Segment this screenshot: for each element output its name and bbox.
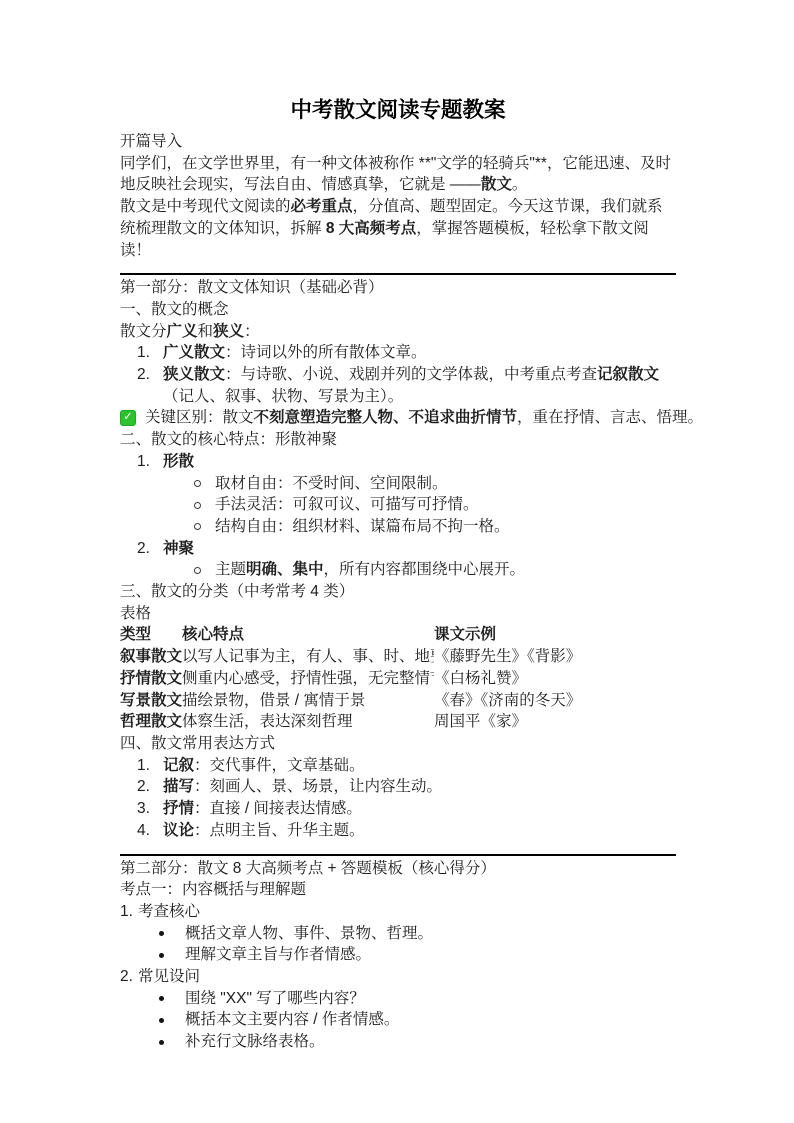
text-run: 和 <box>198 323 214 340</box>
bullet-icon <box>159 953 164 958</box>
text-run: ：刻画人、景、场景，让内容生动。 <box>194 778 442 795</box>
text-run-bold: 议论 <box>163 822 194 839</box>
text-run-bold: 神聚 <box>163 540 194 557</box>
table-row: 抒情散文 侧重内心感受，抒情性强，无完整情节 《白杨礼赞》 <box>120 668 676 690</box>
list-number: 1. <box>120 901 133 923</box>
list-item: 2.常见设问 <box>120 966 676 988</box>
list-number: 1. <box>137 755 150 777</box>
section4-heading: 四、散文常用表达方式 <box>120 733 676 755</box>
list-item: 4.议论：点明主旨、升华主题。 <box>120 820 676 842</box>
text-run: 手法灵活：可叙可议、可描写可抒情。 <box>215 496 479 513</box>
text-run-bold: 散文 <box>481 176 512 193</box>
text-run: ：直接 / 间接表达情感。 <box>194 800 362 817</box>
list-number: 2. <box>137 538 150 560</box>
bullet-icon <box>159 1040 164 1045</box>
text-run: 结构自由：组织材料、谋篇布局不拘一格。 <box>215 518 510 535</box>
text-run: ：与诗歌、小说、戏剧并列的文学体裁，中考重点考查 <box>225 366 597 383</box>
text-run-bold: 描写 <box>163 778 194 795</box>
text-run: 。 <box>512 176 528 193</box>
sub-list-item: 取材自由：不受时间、空间限制。 <box>120 473 676 495</box>
list-number: 1. <box>137 342 150 364</box>
table-cell: 叙事散文 <box>120 646 182 668</box>
table-header-row: 类型 核心特点 课文示例 <box>120 624 676 646</box>
circle-bullet-icon <box>194 567 201 574</box>
section-divider <box>120 854 676 856</box>
table-header-cell: 核心特点 <box>182 624 434 646</box>
text-run: 散文是中考现代文阅读的 <box>120 198 291 215</box>
text-run-bold: 狭义散文 <box>163 366 225 383</box>
text-run: 常见设问 <box>138 968 200 985</box>
table-header-cell: 类型 <box>120 624 182 646</box>
text-run: ：诗词以外的所有散体文章。 <box>225 344 427 361</box>
list-number: 3. <box>137 798 150 820</box>
table-cell: 体察生活，表达深刻哲理 <box>182 711 434 733</box>
list-item: 1.记叙：交代事件，文章基础。 <box>120 755 676 777</box>
text-run: 围绕 "XX" 写了哪些内容？ <box>185 990 365 1007</box>
bullet-icon <box>159 1018 164 1023</box>
text-run-bold: 抒情 <box>163 800 194 817</box>
list-item: 2.描写：刻画人、景、场景，让内容生动。 <box>120 776 676 798</box>
text-run-bold: 形散 <box>163 453 194 470</box>
list-item: 1.形散 <box>120 451 676 473</box>
intro-paragraph-1: 同学们，在文学世界里，有一种文体被称作 **"文学的轻骑兵"**，它能迅速、及时… <box>120 153 676 196</box>
key-difference-note: ✓关键区别：散文不刻意塑造完整人物、不追求曲折情节，重在抒情、言志、悟理。 <box>120 407 676 429</box>
section2-heading: 二、散文的核心特点：形散神聚 <box>120 429 676 451</box>
bullet-item: 理解文章主旨与作者情感。 <box>120 944 676 966</box>
table-cell: 写景散文 <box>120 690 182 712</box>
table-cell: 抒情散文 <box>120 668 182 690</box>
bullet-item: 概括文章人物、事件、景物、哲理。 <box>120 923 676 945</box>
text-run: ： <box>244 323 260 340</box>
sub-list-item: 手法灵活：可叙可议、可描写可抒情。 <box>120 494 676 516</box>
text-run-bold: 不刻意塑造完整人物、不追求曲折情节 <box>254 409 518 426</box>
text-run: 理解文章主旨与作者情感。 <box>185 946 371 963</box>
table-header-cell: 课文示例 <box>434 624 676 646</box>
text-run: 主题 <box>215 561 246 578</box>
text-run-bold: 必考重点 <box>291 198 353 215</box>
list-number: 2. <box>137 776 150 798</box>
text-run: 同学们，在文学世界里，有一种文体被称作 **"文学的轻骑兵"**，它能迅速、及时… <box>120 155 671 194</box>
text-run-bold: 记叙散文 <box>597 366 659 383</box>
section1-heading: 一、散文的概念 <box>120 299 676 321</box>
text-run-bold: 狭义 <box>213 323 244 340</box>
point1-heading: 考点一：内容概括与理解题 <box>120 879 676 901</box>
table-label: 表格 <box>120 603 676 625</box>
list-item: 2.神聚 <box>120 538 676 560</box>
table-row: 写景散文 描绘景物，借景 / 寓情于景 《春》《济南的冬天》 <box>120 690 676 712</box>
classification-table: 类型 核心特点 课文示例 叙事散文 以写人记事为主，有人、事、时、地要素 《藤野… <box>120 624 676 733</box>
bullet-item: 围绕 "XX" 写了哪些内容？ <box>120 988 676 1010</box>
intro-paragraph-2: 散文是中考现代文阅读的必考重点，分值高、题型固定。今天这节课，我们就系统梳理散文… <box>120 196 676 261</box>
circle-bullet-icon <box>194 502 201 509</box>
bullet-icon <box>159 931 164 936</box>
text-run: 概括文章人物、事件、景物、哲理。 <box>185 925 433 942</box>
page-title: 中考散文阅读专题教案 <box>120 97 676 123</box>
list-item: 2.狭义散文：与诗歌、小说、戏剧并列的文学体裁，中考重点考查记叙散文（记人、叙事… <box>120 364 676 407</box>
text-run-bold: 广义散文 <box>163 344 225 361</box>
text-run: 散文分 <box>120 323 167 340</box>
section-divider <box>120 273 676 275</box>
bullet-icon <box>159 996 164 1001</box>
table-cell: 《春》《济南的冬天》 <box>434 690 676 712</box>
table-cell: 《白杨礼赞》 <box>434 668 676 690</box>
check-icon: ✓ <box>120 410 136 426</box>
document-page: 中考散文阅读专题教案 开篇导入 同学们，在文学世界里，有一种文体被称作 **"文… <box>0 0 794 1123</box>
list-item: 1.考查核心 <box>120 901 676 923</box>
table-cell: 《藤野先生》《背影》 <box>434 646 676 668</box>
section3-heading: 三、散文的分类（中考常考 4 类） <box>120 581 676 603</box>
list-number: 4. <box>137 820 150 842</box>
text-run: ：交代事件，文章基础。 <box>194 757 365 774</box>
text-run: 关键区别：散文 <box>145 409 254 426</box>
table-row: 叙事散文 以写人记事为主，有人、事、时、地要素 《藤野先生》《背影》 <box>120 646 676 668</box>
list-number: 2. <box>120 966 133 988</box>
circle-bullet-icon <box>194 523 201 530</box>
check-icon-glyph: ✓ <box>123 412 133 424</box>
list-number: 1. <box>137 451 150 473</box>
part1-heading: 第一部分：散文文体知识（基础必背） <box>120 277 676 299</box>
table-cell: 侧重内心感受，抒情性强，无完整情节 <box>182 668 434 690</box>
list-item: 3.抒情：直接 / 间接表达情感。 <box>120 798 676 820</box>
text-run-bold: 8 大高频考点 <box>326 220 416 237</box>
concept-intro: 散文分广义和狭义： <box>120 321 676 343</box>
table-cell: 描绘景物，借景 / 寓情于景 <box>182 690 434 712</box>
text-run: 考查核心 <box>138 903 200 920</box>
table-cell: 哲理散文 <box>120 711 182 733</box>
text-run: ，所有内容都围绕中心展开。 <box>324 561 526 578</box>
text-run: 补充行文脉络表格。 <box>185 1033 325 1050</box>
text-run: 取材自由：不受时间、空间限制。 <box>215 475 448 492</box>
circle-bullet-icon <box>194 480 201 487</box>
table-cell: 以写人记事为主，有人、事、时、地要素 <box>182 646 434 668</box>
text-run: 概括本文主要内容 / 作者情感。 <box>185 1011 399 1028</box>
table-cell: 周国平《家》 <box>434 711 676 733</box>
bullet-item: 补充行文脉络表格。 <box>120 1031 676 1053</box>
part2-heading: 第二部分：散文 8 大高频考点 + 答题模板（核心得分） <box>120 858 676 880</box>
intro-lead: 开篇导入 <box>120 131 676 153</box>
text-run-bold: 明确、集中 <box>246 561 324 578</box>
text-run-bold: 记叙 <box>163 757 194 774</box>
text-run: （记人、叙事、状物、写景为主）。 <box>163 388 403 405</box>
sub-list-item: 主题明确、集中，所有内容都围绕中心展开。 <box>120 559 676 581</box>
list-number: 2. <box>137 364 150 386</box>
list-item: 1.广义散文：诗词以外的所有散体文章。 <box>120 342 676 364</box>
text-run-bold: 广义 <box>167 323 198 340</box>
table-row: 哲理散文 体察生活，表达深刻哲理 周国平《家》 <box>120 711 676 733</box>
text-run: ，重在抒情、言志、悟理。 <box>517 409 703 426</box>
sub-list-item: 结构自由：组织材料、谋篇布局不拘一格。 <box>120 516 676 538</box>
text-run: ：点明主旨、升华主题。 <box>194 822 365 839</box>
bullet-item: 概括本文主要内容 / 作者情感。 <box>120 1009 676 1031</box>
